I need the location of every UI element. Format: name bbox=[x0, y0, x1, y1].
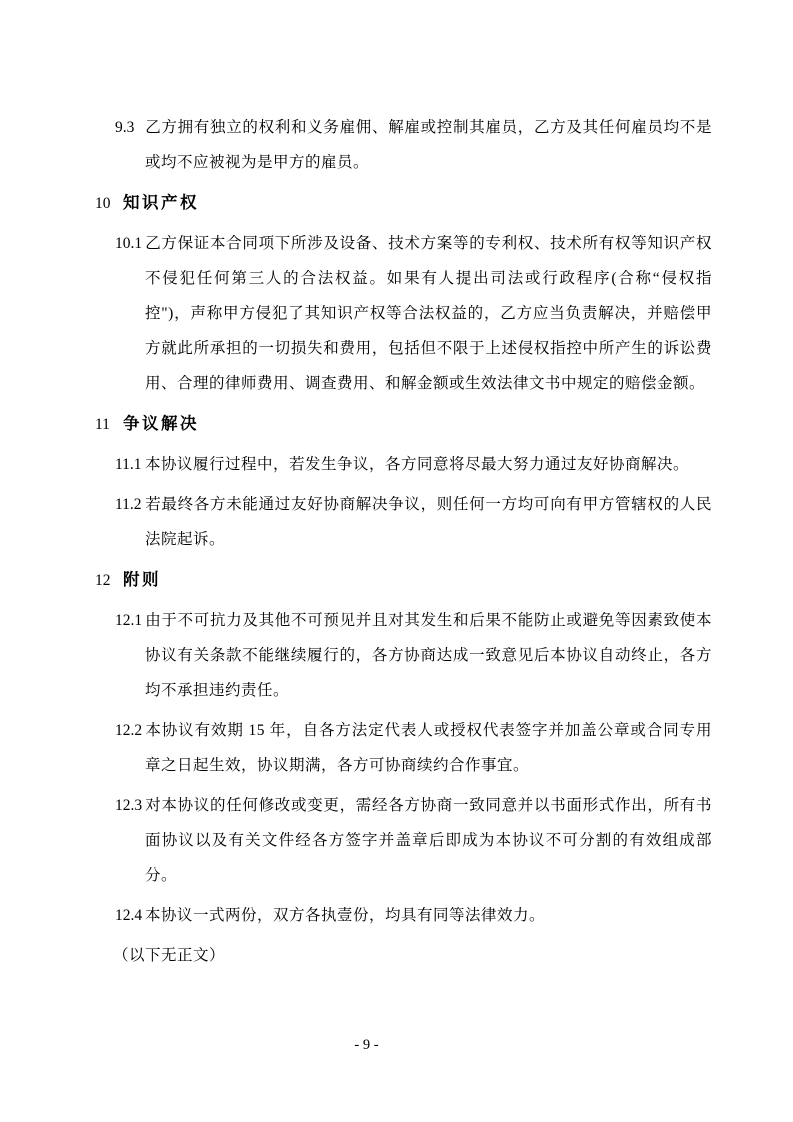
clause: 11.1本协议履行过程中，若发生争议，各方同意将尽最大努力通过友好协商解决。 bbox=[115, 447, 712, 482]
clause-number: 12.3 bbox=[115, 788, 145, 823]
clause: 12.4本协议一式两份，双方各执壹份，均具有同等法律效力。 bbox=[115, 898, 712, 933]
clause-text: 若最终各方未能通过友好协商解决争议，则任何一方均可向有甲方管辖权的人民法院起诉。 bbox=[145, 496, 712, 548]
section-heading: 11争议解决 bbox=[95, 406, 712, 442]
page-number: - 9 - bbox=[0, 1036, 733, 1054]
clause-number: 12.4 bbox=[115, 898, 145, 933]
section-number: 12 bbox=[95, 563, 123, 598]
clause-number: 12.2 bbox=[115, 713, 145, 748]
section-heading: 12附则 bbox=[95, 562, 712, 598]
section-number: 11 bbox=[95, 407, 123, 442]
clause: 10.1乙方保证本合同项下所涉及设备、技术方案等的专利权、技术所有权等知识产权不… bbox=[115, 226, 712, 401]
clause: 12.2本协议有效期 15 年，自各方法定代表人或授权代表签字并加盖公章或合同专… bbox=[115, 713, 712, 783]
section-heading: 10知识产权 bbox=[95, 185, 712, 221]
section-number: 10 bbox=[95, 186, 123, 221]
content: 9.3乙方拥有独立的权利和义务雇佣、解雇或控制其雇员，乙方及其任何雇员均不是或均… bbox=[0, 0, 793, 973]
clause: 12.3对本协议的任何修改或变更，需经各方协商一致同意并以书面形式作出，所有书面… bbox=[115, 788, 712, 893]
clause-text: 本协议履行过程中，若发生争议，各方同意将尽最大努力通过友好协商解决。 bbox=[145, 456, 689, 473]
closing-note: （以下无正文） bbox=[113, 938, 712, 973]
clause: 9.3乙方拥有独立的权利和义务雇佣、解雇或控制其雇员，乙方及其任何雇员均不是或均… bbox=[115, 110, 712, 180]
clause-text: 本协议一式两份，双方各执壹份，均具有同等法律效力。 bbox=[145, 907, 545, 924]
clause-number: 11.2 bbox=[115, 487, 145, 522]
clause-number: 11.1 bbox=[115, 447, 145, 482]
clause-text: 乙方拥有独立的权利和义务雇佣、解雇或控制其雇员，乙方及其任何雇员均不是或均不应被… bbox=[145, 119, 712, 171]
section-title: 附则 bbox=[123, 570, 161, 589]
clause-text: 对本协议的任何修改或变更，需经各方协商一致同意并以书面形式作出，所有书面协议以及… bbox=[145, 797, 712, 884]
clause-number: 12.1 bbox=[115, 603, 145, 638]
clause: 12.1由于不可抗力及其他不可预见并且对其发生和后果不能防止或避免等因素致使本协… bbox=[115, 603, 712, 708]
document-page: 9.3乙方拥有独立的权利和义务雇佣、解雇或控制其雇员，乙方及其任何雇员均不是或均… bbox=[0, 0, 793, 1122]
clause-text: 由于不可抗力及其他不可预见并且对其发生和后果不能防止或避免等因素致使本协议有关条… bbox=[145, 612, 712, 699]
clause-number: 9.3 bbox=[115, 110, 145, 145]
section-title: 争议解决 bbox=[123, 414, 199, 433]
clause-text: 本协议有效期 15 年，自各方法定代表人或授权代表签字并加盖公章或合同专用章之日… bbox=[145, 722, 712, 774]
clause: 11.2若最终各方未能通过友好协商解决争议，则任何一方均可向有甲方管辖权的人民法… bbox=[115, 487, 712, 557]
clause-number: 10.1 bbox=[115, 226, 145, 261]
clause-text: 乙方保证本合同项下所涉及设备、技术方案等的专利权、技术所有权等知识产权不侵犯任何… bbox=[145, 235, 712, 392]
section-title: 知识产权 bbox=[123, 193, 199, 212]
